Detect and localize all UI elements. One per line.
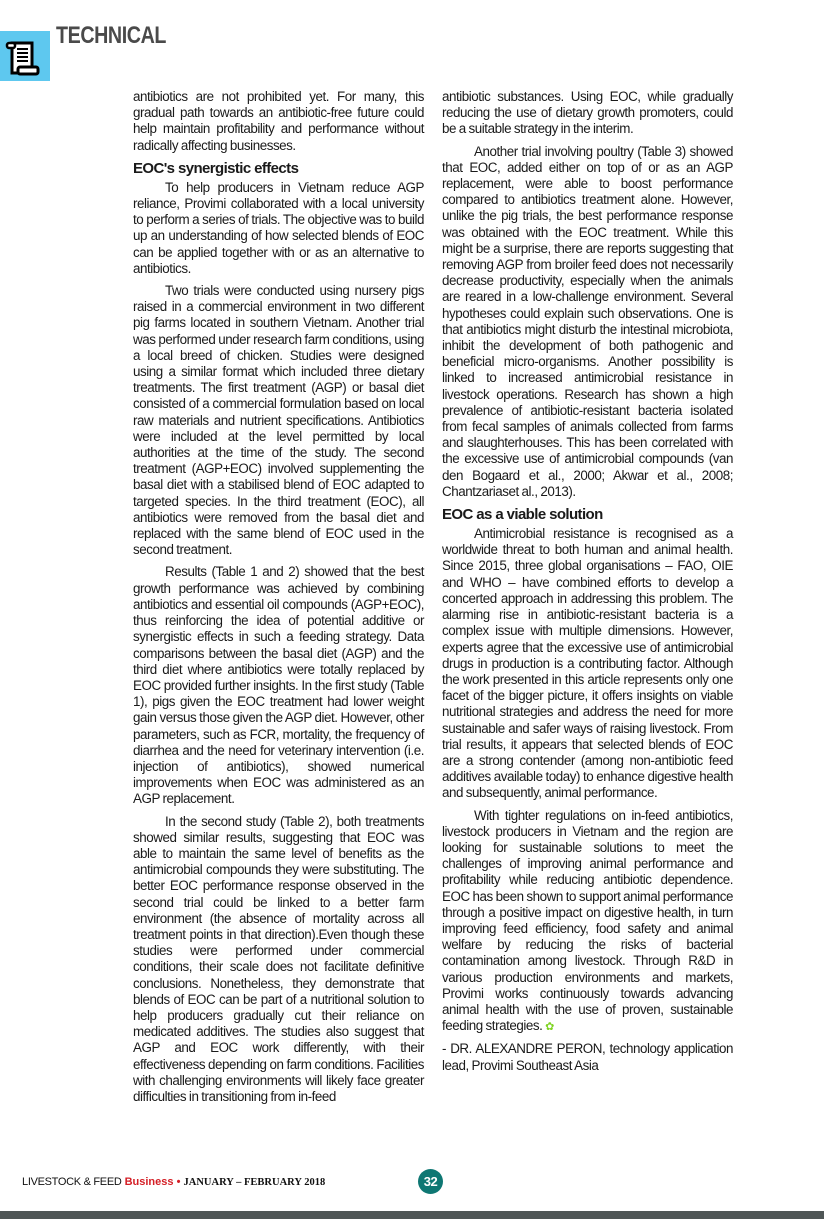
paragraph-final: With tighter regulations on in-feed anti… bbox=[442, 808, 733, 1036]
subheading: EOC's synergistic effects bbox=[133, 160, 424, 178]
scroll-document-icon bbox=[4, 37, 46, 79]
publication-name: LIVESTOCK & FEED bbox=[22, 1176, 122, 1188]
footer: LIVESTOCK & FEED Business • JANUARY – FE… bbox=[22, 1176, 325, 1188]
author-byline: - DR. ALEXANDRE PERON, technology applic… bbox=[442, 1041, 733, 1073]
footer-bar bbox=[0, 1211, 824, 1219]
paragraph: In the second study (Table 2), both trea… bbox=[133, 814, 424, 1106]
paragraph: antibiotic substances. Using EOC, while … bbox=[442, 89, 733, 138]
paragraph: antibiotics are not prohibited yet. For … bbox=[133, 89, 424, 154]
section-icon bbox=[0, 31, 50, 81]
article-right-column: antibiotic substances. Using EOC, while … bbox=[442, 89, 733, 1080]
article-left-column: antibiotics are not prohibited yet. For … bbox=[133, 89, 424, 1111]
paragraph: Results (Table 1 and 2) showed that the … bbox=[133, 564, 424, 807]
paragraph: Two trials were conducted using nursery … bbox=[133, 283, 424, 558]
subheading: EOC as a viable solution bbox=[442, 506, 733, 524]
section-title: TECHNICAL bbox=[56, 22, 166, 50]
publication-name-highlight: Business bbox=[125, 1176, 174, 1188]
paragraph: To help producers in Vietnam reduce AGP … bbox=[133, 180, 424, 277]
page-number-badge: 32 bbox=[418, 1169, 443, 1194]
paragraph: Antimicrobial resistance is recognised a… bbox=[442, 526, 733, 801]
paragraph-text: With tighter regulations on in-feed anti… bbox=[442, 808, 733, 1034]
issue-date: JANUARY – FEBRUARY 2018 bbox=[184, 1177, 326, 1188]
paragraph: Another trial involving poultry (Table 3… bbox=[442, 144, 733, 500]
end-mark-icon: ✿ bbox=[545, 1021, 554, 1033]
separator: • bbox=[177, 1176, 181, 1188]
